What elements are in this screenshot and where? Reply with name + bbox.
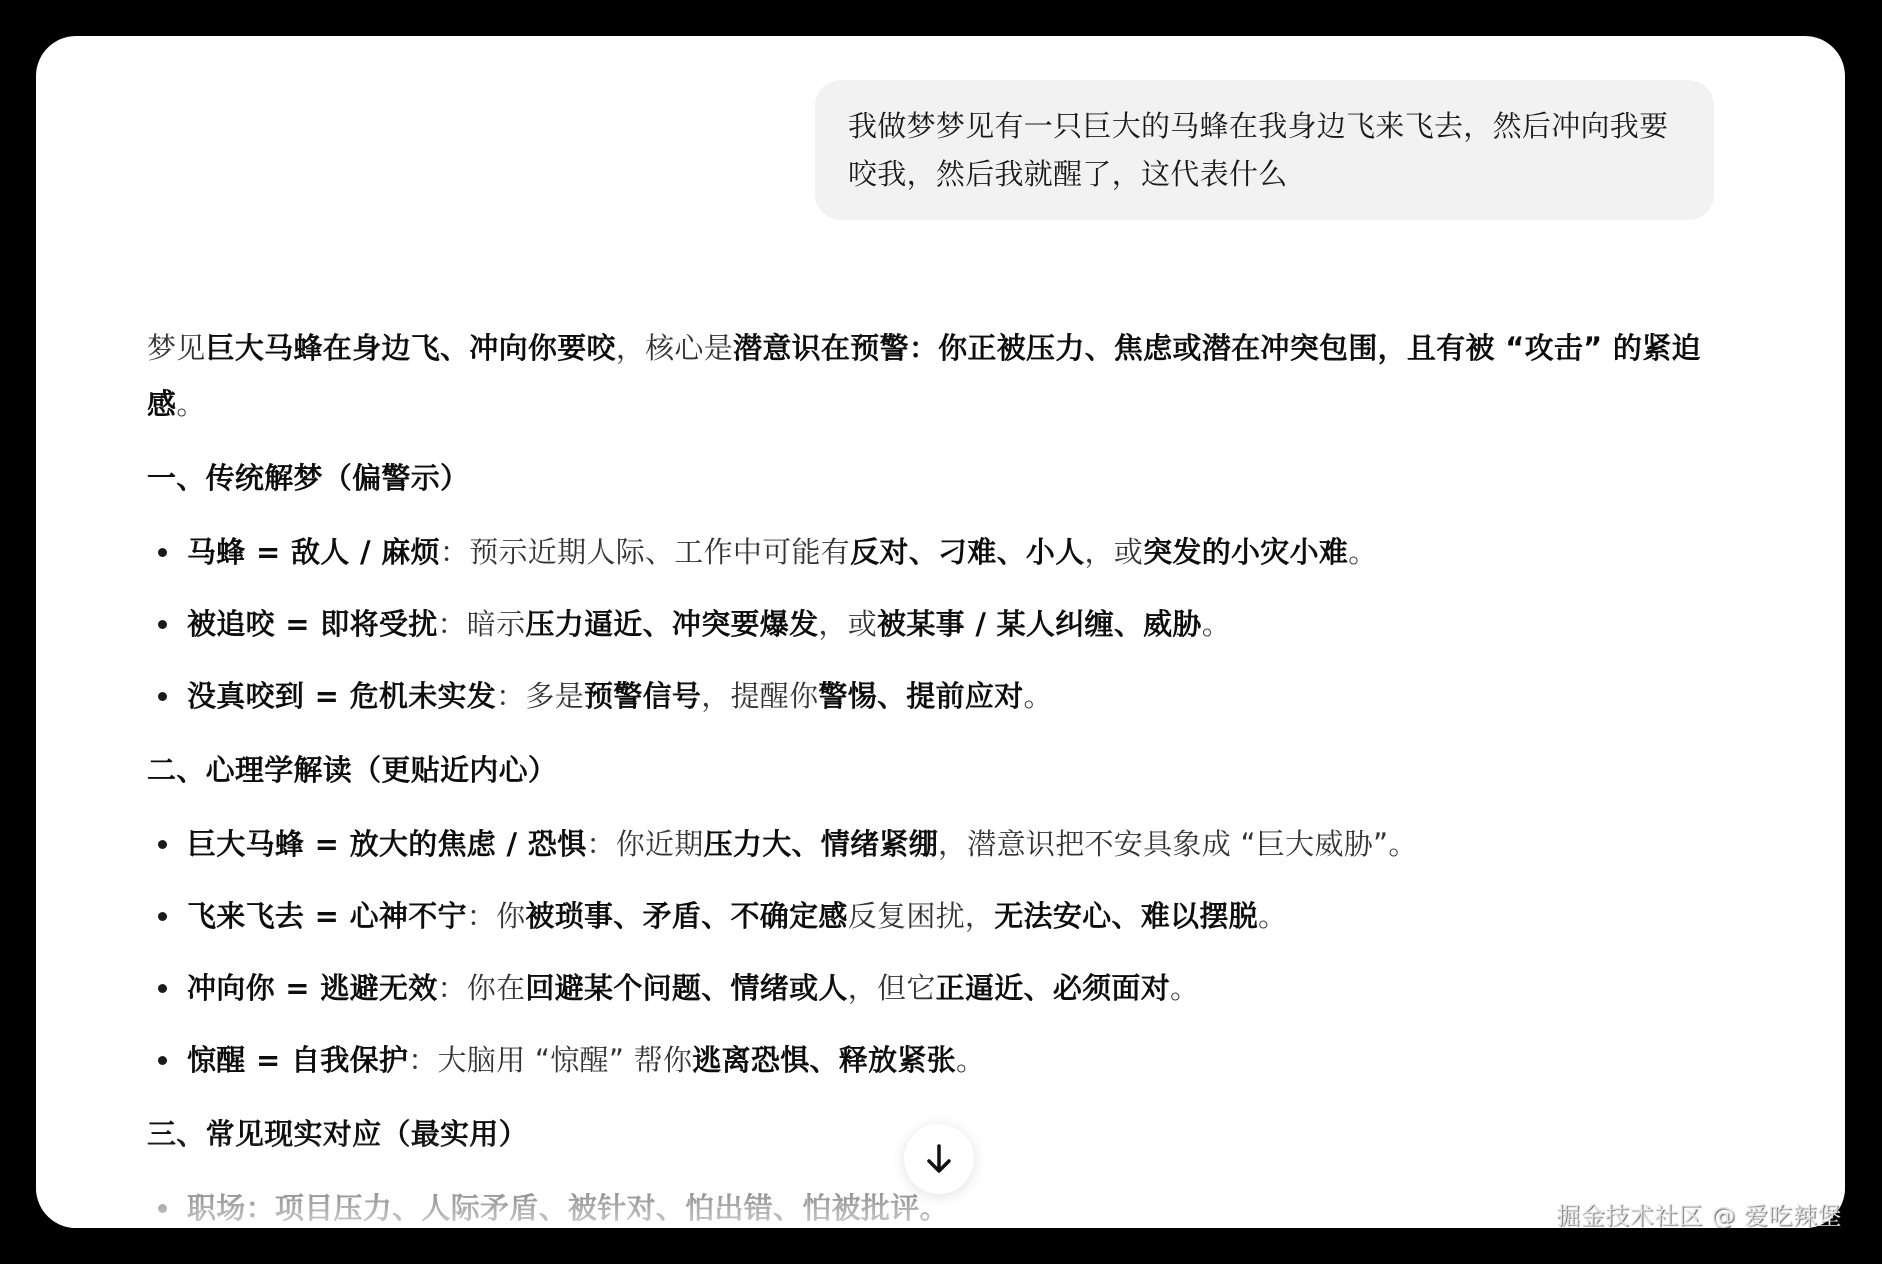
arrow-down-icon bbox=[925, 1143, 953, 1175]
bold-text: ：项目压力、人际矛盾、被针对、怕出错、怕被批评。 bbox=[246, 1191, 949, 1225]
body-text: ：你近期 bbox=[586, 827, 703, 861]
body-text: 。 bbox=[1348, 535, 1377, 569]
bold-text: 突发的小灾小难 bbox=[1143, 535, 1348, 569]
bold-text: 没真咬到 = 危机未实发 bbox=[187, 679, 496, 713]
body-text: ：多是 bbox=[496, 679, 584, 713]
bold-text: 压力逼近、冲突要爆发 bbox=[525, 607, 818, 641]
body-text: ：你 bbox=[467, 899, 526, 933]
user-message-text: 我做梦梦见有一只巨大的马蜂在我身边飞来飞去，然后冲向我要咬我，然后我就醒了，这代… bbox=[848, 109, 1668, 191]
body-text: ：暗示 bbox=[438, 607, 526, 641]
body-text: ，但它 bbox=[848, 971, 936, 1005]
bullet-dot-icon bbox=[158, 912, 167, 921]
bold-text: 飞来飞去 = 心神不宁 bbox=[187, 899, 467, 933]
chat-panel: 我做梦梦见有一只巨大的马蜂在我身边飞来飞去，然后冲向我要咬我，然后我就醒了，这代… bbox=[36, 36, 1845, 1228]
body-text: 。 bbox=[956, 1043, 985, 1077]
list-item: 飞来飞去 = 心神不宁：你被琐事、矛盾、不确定感反复困扰，无法安心、难以摆脱。 bbox=[147, 880, 1737, 952]
body-text: ：预示近期人际、工作中可能有 bbox=[440, 535, 850, 569]
list-item: 惊醒 = 自我保护：大脑用 “惊醒” 帮你逃离恐惧、释放紧张。 bbox=[147, 1024, 1737, 1096]
body-text: 。 bbox=[1202, 607, 1231, 641]
bullet-dot-icon bbox=[158, 620, 167, 629]
bullet-dot-icon bbox=[158, 692, 167, 701]
intro-text: 。 bbox=[176, 387, 205, 421]
response-intro: 梦见巨大马蜂在身边飞、冲向你要咬，核心是潜意识在预警：你正被压力、焦虑或潜在冲突… bbox=[147, 320, 1737, 432]
body-text: ，或 bbox=[1085, 535, 1144, 569]
bold-text: 马蜂 = 敌人 / 麻烦 bbox=[187, 535, 440, 569]
bullet-list: 巨大马蜂 = 放大的焦虑 / 恐惧：你近期压力大、情绪紧绷，潜意识把不安具象成 … bbox=[147, 808, 1737, 1096]
bold-text: 无法安心、难以摆脱 bbox=[994, 899, 1258, 933]
bold-text: 回避某个问题、情绪或人 bbox=[525, 971, 847, 1005]
list-item: 没真咬到 = 危机未实发：多是预警信号，提醒你警惕、提前应对。 bbox=[147, 660, 1737, 732]
bold-text: 压力大、情绪紧绷 bbox=[704, 827, 938, 861]
bold-text: 反对、刁难、小人 bbox=[850, 535, 1084, 569]
bold-text: 被某事 / 某人纠缠、威胁 bbox=[877, 607, 1202, 641]
bullet-dot-icon bbox=[158, 548, 167, 557]
list-item: 马蜂 = 敌人 / 麻烦：预示近期人际、工作中可能有反对、刁难、小人，或突发的小… bbox=[147, 516, 1737, 588]
user-message-bubble: 我做梦梦见有一只巨大的马蜂在我身边飞来飞去，然后冲向我要咬我，然后我就醒了，这代… bbox=[815, 80, 1714, 220]
body-text: 反复困扰， bbox=[848, 899, 995, 933]
body-text: ：大脑用 “惊醒” 帮你 bbox=[408, 1043, 692, 1077]
bullet-dot-icon bbox=[158, 984, 167, 993]
body-text: 。 bbox=[1258, 899, 1287, 933]
bold-text: 惊醒 = 自我保护 bbox=[187, 1043, 408, 1077]
watermark: 掘金技术社区 @ 爱吃辣堡 bbox=[1556, 1196, 1842, 1231]
intro-text: 梦见 bbox=[147, 331, 206, 365]
list-item: 被追咬 = 即将受扰：暗示压力逼近、冲突要爆发，或被某事 / 某人纠缠、威胁。 bbox=[147, 588, 1737, 660]
bold-text: 警惕、提前应对 bbox=[818, 679, 1023, 713]
list-item: 冲向你 = 逃避无效：你在回避某个问题、情绪或人，但它正逼近、必须面对。 bbox=[147, 952, 1737, 1024]
body-text: ，潜意识把不安具象成 “巨大威胁”。 bbox=[938, 827, 1418, 861]
bold-text: 职场 bbox=[187, 1191, 246, 1225]
section-heading: 二、心理学解读（更贴近内心） bbox=[147, 732, 1737, 808]
list-item: 巨大马蜂 = 放大的焦虑 / 恐惧：你近期压力大、情绪紧绷，潜意识把不安具象成 … bbox=[147, 808, 1737, 880]
bold-text: 预警信号 bbox=[584, 679, 701, 713]
bold-text: 被琐事、矛盾、不确定感 bbox=[525, 899, 847, 933]
body-text: ，或 bbox=[818, 607, 877, 641]
bold-text: 被追咬 = 即将受扰 bbox=[187, 607, 438, 641]
response-sections: 一、传统解梦（偏警示）马蜂 = 敌人 / 麻烦：预示近期人际、工作中可能有反对、… bbox=[147, 440, 1737, 1228]
intro-text: ，核心是 bbox=[616, 331, 733, 365]
intro-bold: 巨大马蜂在身边飞、冲向你要咬 bbox=[206, 331, 616, 365]
section-heading: 一、传统解梦（偏警示） bbox=[147, 440, 1737, 516]
bullet-dot-icon bbox=[158, 1204, 167, 1213]
bold-text: 冲向你 = 逃避无效 bbox=[187, 971, 438, 1005]
body-text: ，提醒你 bbox=[701, 679, 818, 713]
bullet-dot-icon bbox=[158, 840, 167, 849]
bold-text: 巨大马蜂 = 放大的焦虑 / 恐惧 bbox=[187, 827, 586, 861]
bullet-list: 马蜂 = 敌人 / 麻烦：预示近期人际、工作中可能有反对、刁难、小人，或突发的小… bbox=[147, 516, 1737, 732]
bold-text: 正逼近、必须面对 bbox=[936, 971, 1170, 1005]
body-text: 。 bbox=[1170, 971, 1199, 1005]
bullet-dot-icon bbox=[158, 1056, 167, 1065]
assistant-response: 梦见巨大马蜂在身边飞、冲向你要咬，核心是潜意识在预警：你正被压力、焦虑或潜在冲突… bbox=[147, 320, 1737, 1228]
bold-text: 逃离恐惧、释放紧张 bbox=[692, 1043, 956, 1077]
body-text: 。 bbox=[1024, 679, 1053, 713]
body-text: ：你在 bbox=[438, 971, 526, 1005]
scroll-to-bottom-button[interactable] bbox=[904, 1124, 974, 1194]
